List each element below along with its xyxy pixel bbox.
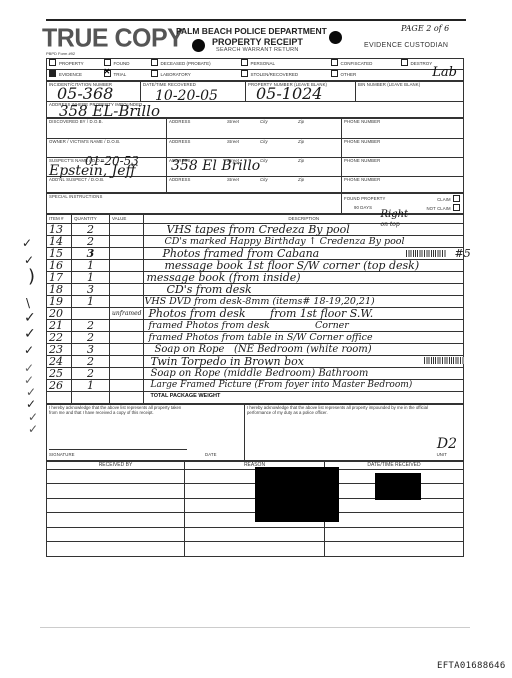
claim-checkbox[interactable] — [453, 195, 460, 202]
header-note: Right — [380, 211, 408, 219]
checkbox-label: DECEASED (Probate) — [161, 61, 211, 66]
table-row: 222framed Photos from table in S/W Corne… — [47, 332, 464, 344]
other-value[interactable]: Lab — [432, 65, 457, 80]
item-quantity: 3 — [72, 248, 110, 260]
checkbox-evidence[interactable] — [49, 70, 56, 77]
item-value — [110, 296, 144, 308]
unit-label: UNIT — [437, 452, 447, 457]
redaction-block — [255, 467, 339, 522]
item-number: 15 — [47, 248, 72, 260]
checkbox-deceased[interactable] — [151, 59, 158, 66]
item-value — [110, 284, 144, 296]
form-title: PROPERTY RECEIPT — [212, 37, 303, 47]
phone-label: PHONE NUMBER — [344, 119, 461, 124]
checkbox-label: EVIDENCE — [59, 72, 82, 77]
address-impounded-value[interactable]: 358 EL-Brillo — [59, 104, 160, 118]
received-by-cell[interactable] — [47, 527, 185, 542]
hole-punch-left — [192, 39, 205, 52]
item-description: Soap on Rope (middle Bedroom) Bathroom — [150, 368, 368, 379]
col-datetime-received: DATE/TIME RECEIVED — [325, 461, 464, 469]
street-label: Street — [227, 119, 260, 124]
checkbox-label: DESTROY — [411, 61, 433, 66]
barcode-sticker — [406, 250, 446, 257]
item-description: CD's marked Happy Birthday ↑ Credenza By… — [164, 236, 404, 247]
item-number: 17 — [47, 272, 72, 284]
check-icon: ✓ — [28, 422, 38, 436]
item-quantity: 1 — [72, 296, 110, 308]
item-quantity — [72, 308, 110, 320]
item-quantity: 1 — [72, 380, 110, 392]
hole-punch-right — [329, 31, 342, 44]
checkbox-other[interactable] — [331, 70, 338, 77]
col-value: VALUE — [110, 215, 144, 224]
ninety-days-label: 90 DAYS — [354, 205, 372, 210]
item-description: VHS tapes from Credeza By pool — [166, 223, 349, 236]
zip-label: Zip — [298, 177, 304, 182]
checkbox-laboratory[interactable] — [151, 70, 158, 77]
zip-label: Zip — [298, 139, 304, 144]
item-value — [110, 380, 144, 392]
persons-table: DISCOVERED BY / D.O.B. ADDRESSStreetCity… — [46, 118, 464, 193]
received-by-cell[interactable] — [47, 484, 185, 499]
not-claim-label: NOT CLAIM — [426, 206, 450, 211]
check-icon: ✓ — [26, 397, 36, 411]
item-value — [110, 236, 144, 248]
check-icon: ✓ — [22, 236, 32, 250]
table-row: 183CD's from desk — [47, 284, 464, 296]
street-label: Street — [227, 177, 260, 182]
address-label: ADDRESS — [169, 119, 227, 124]
item-number: 20 — [47, 308, 72, 320]
barcode-sticker — [424, 357, 464, 364]
not-claim-checkbox[interactable] — [453, 204, 460, 211]
acknowledgement-officer: I hereby acknowledge that the above list… — [247, 405, 447, 416]
suspect-name[interactable]: Epstein, Jeff — [49, 164, 136, 178]
item-number: 25 — [47, 368, 72, 380]
bin-number-label: BIN NUMBER (Leave Blank) — [358, 82, 461, 87]
city-label: City — [260, 158, 298, 163]
item-number: 16 — [47, 260, 72, 272]
evidence-custodian: EVIDENCE CUSTODIAN — [364, 42, 448, 49]
address-label: ADDRESS — [169, 177, 227, 182]
incident-number-value[interactable]: 05-368 — [57, 87, 113, 101]
item-value — [110, 248, 144, 260]
table-row: 142CD's marked Happy Birthday ↑ Credenza… — [47, 236, 464, 248]
special-instructions-label: SPECIAL INSTRUCTIONS — [49, 194, 339, 199]
table-row: 191VHS DVD from desk-8mm (items# 18-19,2… — [47, 296, 464, 308]
true-copy-stamp: TRUE COPY — [42, 24, 183, 51]
acknowledgement-owner: I hereby acknowledge that the above list… — [49, 405, 189, 416]
check-icon: ✓ — [24, 326, 36, 342]
checkbox-label: STOLEN/RECOVERED — [251, 72, 299, 77]
item-note: on top — [380, 219, 399, 230]
item-description: framed Photos from table in S/W Corner o… — [148, 332, 372, 343]
items-table: ITEM # QUANTITY VALUE DESCRIPTIONRight 1… — [46, 214, 464, 404]
top-rule — [46, 19, 466, 21]
zip-label: Zip — [298, 119, 304, 124]
signature-line — [49, 449, 187, 450]
item-description: CD's from desk — [166, 283, 251, 296]
table-row: 132VHS tapes from Credeza By poolon top — [47, 224, 464, 236]
form-subtitle: SEARCH WARRANT RETURN — [216, 47, 299, 53]
received-by-cell[interactable] — [47, 513, 185, 528]
checkbox-label: PERSONAL — [251, 61, 276, 66]
zip-label: Zip — [298, 158, 304, 163]
item-number: 23 — [47, 344, 72, 356]
page-count: PAGE 2 of 6 — [401, 24, 449, 33]
city-label: City — [260, 119, 298, 124]
item-quantity: 2 — [72, 320, 110, 332]
item-quantity: 3 — [72, 344, 110, 356]
checkbox-confiscated[interactable] — [331, 59, 338, 66]
item-description: Twin Torpedo in Brown box — [150, 355, 303, 368]
category-checkboxes: PROPERTY FOUND DECEASED (Probate) PERSON… — [46, 58, 464, 81]
date-recovered-label: DATE/TIME RECOVERED — [143, 82, 243, 87]
item-value — [110, 356, 144, 368]
table-row: 161message book 1st floor S/W corner (to… — [47, 260, 464, 272]
checkbox-property[interactable] — [49, 59, 56, 66]
checkbox-stolen-recovered[interactable] — [241, 70, 248, 77]
signature-label: SIGNATURE — [49, 452, 75, 457]
item-number: 26 — [47, 380, 72, 392]
datetime-cell[interactable] — [325, 527, 464, 542]
col-received-by: RECEIVED BY — [47, 461, 185, 469]
item-number: 13 — [47, 224, 72, 236]
phone-label: PHONE NUMBER — [344, 139, 461, 144]
property-number-value[interactable]: 05-1024 — [256, 87, 322, 101]
street-label: Street — [227, 139, 260, 144]
received-row — [47, 527, 464, 542]
item-number: 18 — [47, 284, 72, 296]
item-number: 24 — [47, 356, 72, 368]
suspect-address[interactable]: 358 El Brillo — [171, 159, 260, 173]
checkbox-label: OTHER — [341, 72, 357, 77]
datetime-cell[interactable] — [325, 513, 464, 528]
reason-cell[interactable] — [185, 542, 325, 557]
item-quantity: 3 — [72, 284, 110, 296]
item-note: #5 — [454, 248, 470, 259]
address-label: ADDRESS — [169, 139, 227, 144]
item-quantity: 2 — [72, 368, 110, 380]
item-description: Soap on Rope (NE Bedroom (white room) — [154, 344, 371, 355]
received-by-cell[interactable] — [47, 542, 185, 557]
checkbox-label: FOUND — [114, 61, 130, 66]
item-description: VHS DVD from desk-8mm (items# 18-19,20,2… — [144, 296, 374, 307]
received-by-cell[interactable] — [47, 498, 185, 513]
claim-label: CLAIM — [437, 197, 451, 202]
table-row: 242Twin Torpedo in Brown box — [47, 356, 464, 368]
form-header: TRUE COPY PBPD Form #92 PALM BEACH POLIC… — [46, 22, 464, 58]
city-label: City — [260, 139, 298, 144]
item-number: 22 — [47, 332, 72, 344]
phone-label: PHONE NUMBER — [344, 177, 461, 182]
item-value — [110, 332, 144, 344]
item-description: Large Framed Picture (From foyer into Ma… — [150, 380, 412, 390]
item-value — [110, 272, 144, 284]
checkbox-label: PROPERTY — [59, 61, 84, 66]
total-row: TOTAL PACKAGE WEIGHT — [47, 392, 464, 404]
table-row: 212framed Photos from desk Corner — [47, 320, 464, 332]
total-weight-label: TOTAL PACKAGE WEIGHT — [144, 392, 464, 404]
item-value — [110, 344, 144, 356]
item-value — [110, 224, 144, 236]
document-id: EFTA01688646 — [437, 661, 506, 671]
item-description: framed Photos from desk Corner — [148, 320, 348, 331]
form-number: PBPD Form #92 — [46, 51, 75, 56]
table-row: 261Large Framed Picture (From foyer into… — [47, 380, 464, 392]
item-quantity: 1 — [72, 260, 110, 272]
department-name: PALM BEACH POLICE DEPARTMENT — [176, 26, 327, 36]
phone-label: PHONE NUMBER — [344, 158, 461, 163]
unit-value[interactable]: D2 — [437, 436, 457, 452]
received-row — [47, 542, 464, 557]
check-icon: ✓ — [24, 310, 36, 326]
datetime-cell[interactable] — [325, 542, 464, 557]
checkbox-label: LABORATORY — [161, 72, 191, 77]
found-property-label: FOUND PROPERTY — [344, 196, 385, 201]
col-description: DESCRIPTION — [288, 216, 319, 221]
table-row: 233Soap on Rope (NE Bedroom (white room) — [47, 344, 464, 356]
table-row: 153Photos framed from Cabana#5 — [47, 248, 464, 260]
item-quantity: 2 — [72, 236, 110, 248]
checkbox-found[interactable] — [104, 59, 111, 66]
item-quantity: 2 — [72, 332, 110, 344]
item-value — [110, 260, 144, 272]
item-value: unframed — [110, 308, 144, 320]
item-number: 14 — [47, 236, 72, 248]
checkbox-trial[interactable] — [104, 70, 111, 77]
item-description: Photos from desk from 1st floor S.W. — [148, 307, 373, 320]
checkbox-label: CONFISCATED — [341, 61, 373, 66]
dash-icon: \ — [26, 296, 30, 310]
datetime-cell[interactable] — [325, 498, 464, 513]
item-quantity: 2 — [72, 224, 110, 236]
received-by-cell[interactable] — [47, 469, 185, 484]
incident-fields: INCIDENT/CITATION NUMBER 05-368 DATE/TIM… — [46, 81, 464, 118]
acknowledgement-section: I hereby acknowledge that the above list… — [46, 404, 464, 461]
page-edge — [40, 627, 470, 628]
item-number: 21 — [47, 320, 72, 332]
item-number: 19 — [47, 296, 72, 308]
reason-cell[interactable] — [185, 527, 325, 542]
table-row: 171message book (from inside) — [47, 272, 464, 284]
check-icon: ✓ — [24, 343, 34, 357]
bracket-icon: ) — [28, 266, 35, 287]
item-quantity: 1 — [72, 272, 110, 284]
checkbox-destroy[interactable] — [401, 59, 408, 66]
table-row: 20unframedPhotos from desk from 1st floo… — [47, 308, 464, 320]
owner-victim-label: OWNER / VICTIM'S NAME / D.O.B. — [49, 139, 164, 144]
redaction-block — [375, 473, 421, 500]
check-icon: ✓ — [24, 253, 34, 267]
city-label: City — [260, 177, 298, 182]
item-quantity: 2 — [72, 356, 110, 368]
checkbox-label: TRIAL — [114, 72, 127, 77]
checkbox-personal[interactable] — [241, 59, 248, 66]
table-row: 252Soap on Rope (middle Bedroom) Bathroo… — [47, 368, 464, 380]
date-label: DATE — [205, 452, 217, 457]
item-value — [110, 320, 144, 332]
item-value — [110, 368, 144, 380]
